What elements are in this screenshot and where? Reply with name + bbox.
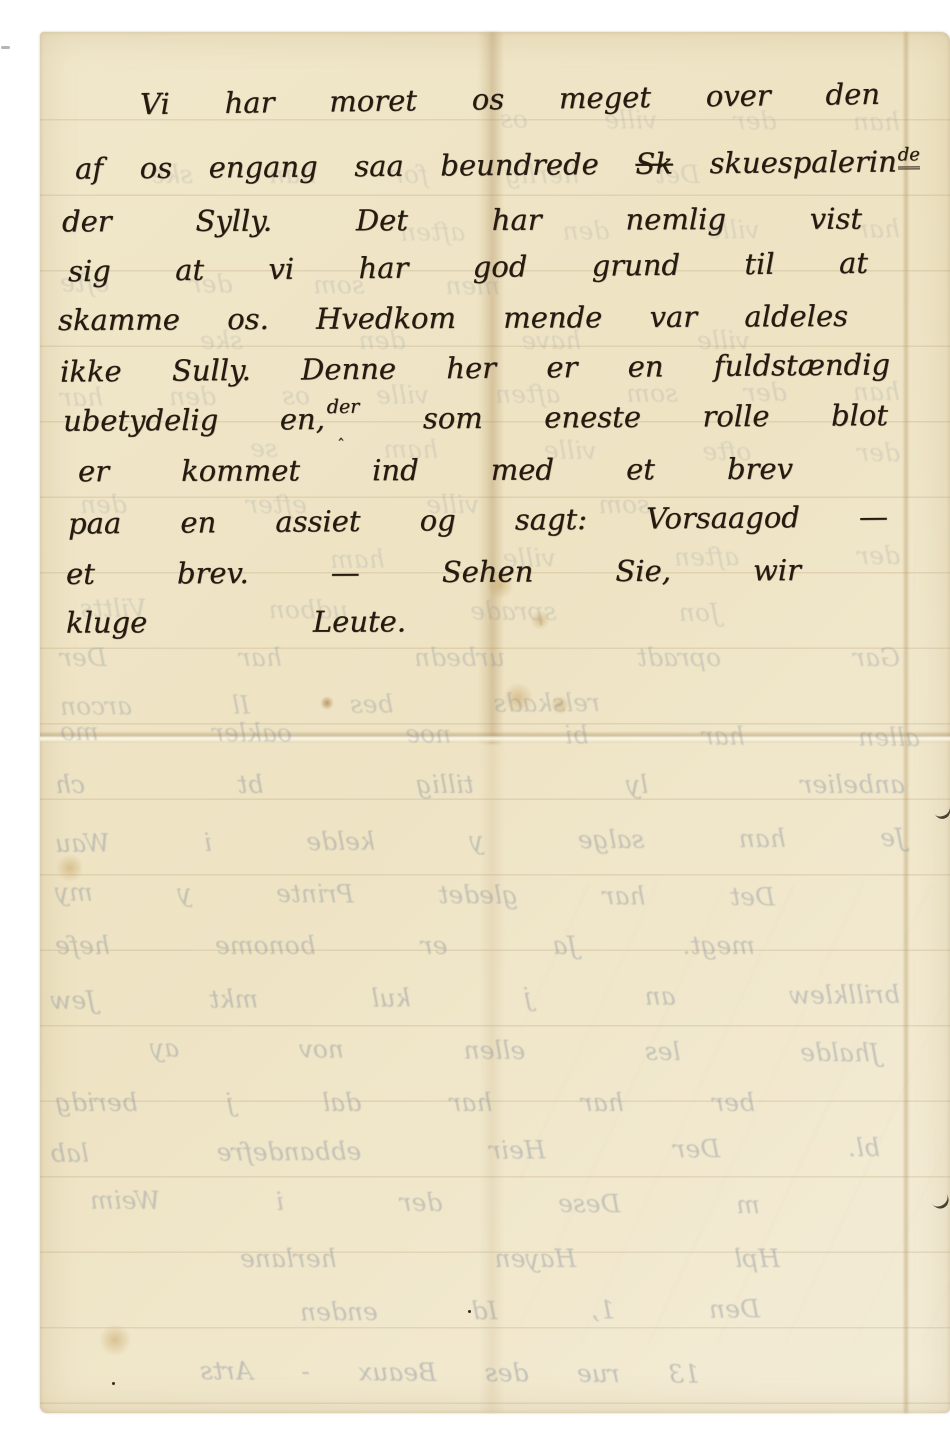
handwriting-word: Sehen: [442, 556, 534, 586]
bleedthrough-word: ch: [55, 772, 85, 798]
bleedthrough-word: m: [736, 1192, 760, 1218]
bleedthrough-line: anbelierlytilligbtch: [55, 772, 905, 798]
bleedthrough-word: tillig: [416, 772, 474, 798]
handwriting-word: saa: [354, 151, 404, 181]
bleedthrough-word: relskads: [493, 690, 600, 717]
handwriting-word: er: [546, 352, 577, 382]
handwriting-word: er: [78, 456, 109, 486]
handwriting-word: ubetydelig: [63, 405, 219, 440]
handwriting-line-7: ubetydeligen,dersomenesterolleblot: [63, 400, 888, 440]
bleedthrough-word: Gar: [853, 645, 900, 671]
handwriting-word: en: [180, 507, 216, 537]
bleedthrough-word: urbedn: [414, 645, 505, 671]
handwriting-line-3: derSylly.Detharnemligvist: [62, 204, 862, 237]
bleedthrough-word: oakler: [212, 720, 292, 747]
bleedthrough-word: des: [485, 1360, 529, 1386]
bleedthrough-word: i: [276, 1189, 284, 1215]
bleedthrough-word: der: [857, 440, 900, 466]
bleedthrough-line: berharhardaljberidg: [55, 1090, 755, 1116]
handwriting-word: brev.: [177, 558, 249, 588]
handwriting-word: —: [859, 501, 888, 531]
bleedthrough-word: Il: [232, 693, 250, 719]
handwriting-word: brev: [727, 454, 793, 484]
bleedthrough-word: bl.: [848, 1135, 880, 1161]
bleedthrough-word: har: [239, 645, 282, 671]
bleedthrough-word: beridg: [55, 1090, 138, 1116]
handwriting-word: kommet: [181, 455, 300, 485]
handwriting-word: engang: [209, 152, 318, 183]
bleedthrough-word: der: [857, 543, 900, 569]
handwriting-word: god: [473, 251, 528, 282]
inserted-word-above-line: der: [327, 396, 360, 418]
bleedthrough-word: my: [55, 879, 93, 905]
bleedthrough-word: er: [421, 933, 448, 959]
bleedthrough-word: allen: [858, 725, 920, 751]
bleedthrough-word: herlane: [240, 1246, 337, 1272]
handwriting-word: at: [839, 248, 868, 278]
bleedthrough-word: ber: [712, 1090, 755, 1116]
bleedthrough-word: rue: [577, 1361, 620, 1387]
bleedthrough-line: 13ruedesBeaux-Arts: [200, 1358, 700, 1387]
bleedthrough-line: JehansalgeykeldeiWau: [55, 825, 905, 857]
bleedthrough-word: nov: [299, 1036, 344, 1062]
handwriting-word: vi: [268, 254, 294, 284]
bleedthrough-word: ebbandefre: [217, 1139, 362, 1166]
handwriting-word: har: [358, 253, 408, 284]
handwriting-line-8: erkommetindmedetbrev: [78, 454, 793, 486]
handwriting-line-10: etbrev.—SehenSie,wir: [66, 555, 801, 589]
letter-paper: handervilleosDetherligforhanskeharvilled…: [40, 32, 950, 1413]
handwriting-word: over: [706, 80, 771, 111]
bleedthrough-line: relskadsbesIlarcon: [60, 690, 600, 720]
handwriting-word: Sie,: [615, 556, 671, 586]
bleedthrough-word: an: [644, 984, 675, 1010]
scanned-letter-page: handervilleosDetherligforhanskeharvilled…: [0, 0, 950, 1455]
handwriting-word: den: [825, 79, 880, 110]
handwriting-word: aldeles: [744, 301, 848, 332]
handwriting-word: ikke: [60, 356, 122, 387]
bleedthrough-word: arcon: [60, 693, 132, 720]
handwriting-word: en: [628, 351, 664, 381]
bleedthrough-word: gledet: [438, 882, 518, 909]
handwriting-word: Sk: [635, 148, 673, 178]
bleedthrough-word: j: [226, 1090, 234, 1116]
bleedthrough-word: mo: [60, 719, 99, 745]
handwriting-word: en,der: [280, 404, 362, 439]
bleedthrough-word: har: [450, 1090, 493, 1116]
ink-dot: [112, 1382, 115, 1385]
handwriting-word: os: [472, 84, 505, 114]
bleedthrough-word: hefe: [55, 933, 110, 959]
handwriting-word: ind: [372, 455, 419, 485]
bleedthrough-line: Den1,Idenden: [300, 1296, 760, 1325]
bleedthrough-word: han: [739, 826, 786, 852]
bleedthrough-line: megt.Jaerbonomehefe: [55, 933, 755, 959]
bleedthrough-word: ay: [150, 1035, 179, 1061]
bleedthrough-word: Jon: [679, 600, 720, 626]
bleedthrough-word: 13: [668, 1362, 700, 1388]
handwriting-word: Vorsaagod: [646, 502, 800, 533]
bleedthrough-word: kul: [371, 985, 410, 1011]
bleedthrough-word: 1,: [591, 1297, 615, 1323]
handwriting-word: her: [446, 353, 496, 383]
handwriting-word: Vi: [140, 89, 170, 119]
bleedthrough-word: -: [301, 1359, 310, 1385]
bleedthrough-word: Der: [673, 1136, 720, 1162]
bleedthrough-word: anbelier: [800, 772, 905, 798]
stain: [99, 1324, 131, 1356]
bleedthrough-word: sprade: [470, 598, 557, 625]
bleedthrough-word: Beaux: [358, 1359, 436, 1386]
bleedthrough-word: Der: [60, 645, 107, 671]
handwriting-word: der: [62, 206, 112, 236]
handwriting-word: sagt:: [515, 504, 587, 535]
handwriting-word: har: [224, 87, 274, 118]
bleedthrough-word: Arts: [200, 1358, 253, 1384]
handwriting-word: Hvedkom: [316, 303, 456, 334]
handwriting-word: og: [419, 505, 455, 535]
scanner-background-speck: [1, 46, 10, 49]
bleedthrough-word: y: [469, 828, 483, 854]
handwriting-word: wir: [753, 555, 801, 585]
bleedthrough-word: dal: [322, 1090, 361, 1116]
bleedthrough-word: bes: [350, 692, 394, 718]
handwriting-line-9: paaenassietogsagt:Vorsaagod—: [68, 501, 888, 538]
bleedthrough-word: ellen: [464, 1038, 526, 1064]
bleedthrough-word: Jhalde: [800, 1040, 880, 1067]
handwriting-word: har: [492, 205, 542, 235]
bleedthrough-word: Den: [709, 1296, 760, 1322]
bleedthrough-line: GaropradturbednharDer: [60, 645, 900, 671]
handwriting-word: mende: [503, 302, 602, 333]
bleedthrough-word: Je: [880, 825, 905, 851]
bleedthrough-line: Jhaldelesellennovay: [150, 1035, 880, 1066]
handwriting-word: Denne: [301, 354, 396, 385]
handwriting-word: skuespalerinde: [709, 146, 920, 178]
handwriting-word: med: [491, 455, 554, 485]
bleedthrough-word: bt: [237, 772, 263, 798]
bleedthrough-word: har: [602, 883, 645, 909]
handwriting-word: blot: [831, 400, 888, 434]
handwriting-line-4: sigatvihargodgrundtilat: [68, 248, 868, 286]
handwriting-word: —: [331, 557, 360, 587]
bleedthrough-word: Id: [472, 1298, 498, 1324]
handwriting-word: eneste: [544, 402, 641, 437]
bleedthrough-word: mkt: [209, 987, 258, 1013]
superscript-word-ending: de: [898, 145, 920, 170]
bleedthrough-word: Printe: [276, 881, 354, 908]
bleedthrough-word: Det: [730, 884, 775, 910]
bleedthrough-word: har: [581, 1090, 624, 1116]
handwriting-word: os: [140, 153, 173, 183]
handwriting-word: Sully.: [172, 355, 251, 386]
handwriting-word: at: [175, 255, 204, 285]
bleedthrough-word: han: [853, 109, 900, 135]
bleedthrough-word: bi: [564, 723, 588, 749]
bleedthrough-line: DethargledetPrinteymy: [55, 879, 775, 910]
handwriting-line-6: ikkeSully.Dennehererenfuldstændig: [60, 349, 890, 386]
handwriting-word: til: [744, 249, 775, 279]
handwriting-word: nemlig: [625, 204, 726, 234]
bleedthrough-word: salge: [578, 827, 645, 853]
bleedthrough-word: har: [857, 216, 900, 242]
bleedthrough-word: megt.: [683, 933, 756, 959]
bleedthrough-word: i: [204, 830, 212, 856]
bleedthrough-word: kelde: [306, 829, 375, 855]
handwriting-word: kluge: [66, 607, 147, 637]
handwriting-word: beundrede: [440, 149, 599, 180]
bleedthrough-word: Dese: [558, 1191, 621, 1217]
bleedthrough-word: j: [524, 985, 532, 1011]
bleedthrough-word: opradt: [637, 645, 721, 671]
bleedthrough-word: der: [400, 1190, 443, 1216]
bleedthrough-word: brillklew: [789, 982, 900, 1009]
handwriting-word: Leute.: [313, 606, 406, 636]
handwriting-word: sig: [68, 256, 111, 286]
handwriting-word: Sylly.: [195, 206, 272, 236]
handwriting-word: rolle: [702, 401, 769, 435]
handwriting-word: meget: [559, 82, 651, 113]
bleedthrough-word: bonome: [215, 933, 316, 959]
bleedthrough-word: noe: [405, 721, 451, 747]
handwriting-word: af: [75, 153, 103, 183]
handwriting-word: fuldstændig: [714, 349, 890, 381]
handwriting-word: et: [66, 559, 95, 589]
bleedthrough-word: Hpl: [734, 1246, 780, 1272]
handwriting-word: et: [626, 454, 655, 484]
handwriting-word: paa: [68, 508, 121, 538]
bleedthrough-word: les: [645, 1039, 681, 1065]
bleedthrough-word: har: [702, 723, 745, 749]
bleedthrough-word: Jew: [50, 988, 96, 1014]
handwriting-word: vist: [810, 204, 862, 234]
bleedthrough-line: HplHayenherlane: [240, 1246, 780, 1272]
ink-dot: [468, 1310, 471, 1313]
bleedthrough-word: lab: [50, 1141, 89, 1167]
bleedthrough-word: enden: [300, 1299, 378, 1326]
handwriting-word: som: [423, 403, 483, 437]
handwriting-word: os.: [227, 304, 269, 334]
handwriting-word: Det: [356, 205, 408, 235]
handwriting-word: skamme: [58, 304, 180, 335]
bleedthrough-word: Hayen: [495, 1246, 577, 1272]
bleedthrough-word: ly: [626, 772, 648, 798]
bleedthrough-word: Wau: [55, 831, 110, 857]
bleedthrough-word: Weim: [90, 1188, 160, 1214]
handwriting-word: assiet: [275, 506, 360, 537]
handwriting-line-11: klugeLeute.: [66, 606, 406, 637]
handwriting-word: moret: [329, 85, 417, 116]
handwriting-word: grund: [592, 250, 681, 281]
handwriting-line-5: skammeos.Hvedkommendevaraldeles: [58, 301, 848, 335]
bleedthrough-word: y: [177, 880, 191, 906]
bleedthrough-word: Heir: [489, 1137, 546, 1163]
handwriting-word: var: [649, 302, 697, 332]
bleedthrough-word: Ja: [553, 933, 578, 959]
bleedthrough-line: mDesederiWeim: [90, 1188, 760, 1219]
handwriting-line-2: afosengangsaabeundredeSkskuespalerinde: [75, 146, 920, 183]
